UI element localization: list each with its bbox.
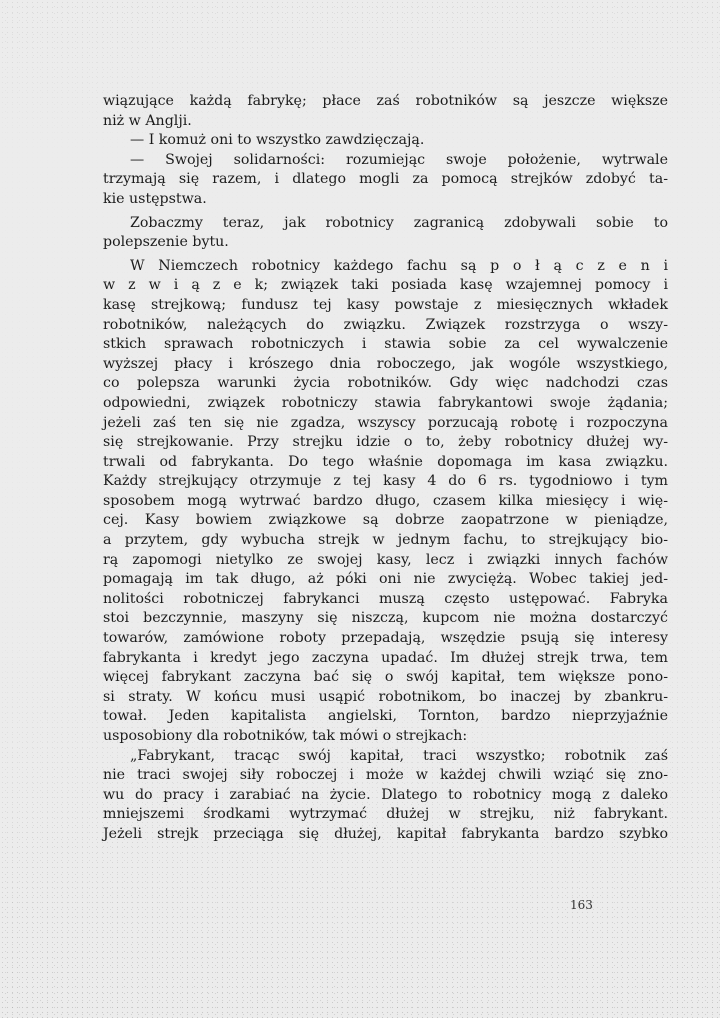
text-line: mniejszemi środkami wytrzymać dłużej w s… — [103, 805, 668, 825]
text-line: wiązujące każdą fabrykę; płace zaś robot… — [103, 92, 668, 112]
text-line: więcej fabrykant zaczyna bać się o swój … — [103, 668, 668, 688]
text-line: Każdy strejkujący otrzymuje z tej kasy 4… — [103, 472, 668, 492]
text-line: co polepsza warunki życia robotników. Gd… — [103, 374, 668, 394]
text-line: stkich sprawach robotniczych i stawia so… — [103, 335, 668, 355]
text-line: nie traci swojej siły roboczej i może w … — [103, 766, 668, 786]
text-line: kie ustępstwa. — [103, 190, 668, 210]
text-line: nolitości robotniczej fabrykanci muszą c… — [103, 590, 668, 610]
text-line: rą zapomogi nietylko ze swojej kasy, lec… — [103, 551, 668, 571]
text-line: odpowiedni, związek robotniczy stawia fa… — [103, 394, 668, 414]
text-line: stoi bezczynnie, maszyny się niszczą, ku… — [103, 609, 668, 629]
text-line: si straty. W końcu musi usąpić robotniko… — [103, 688, 668, 708]
text-line: „Fabrykant, tracąc swój kapitał, traci w… — [103, 747, 668, 767]
text-line: sposobem mogą wytrwać bardzo długo, czas… — [103, 492, 668, 512]
text-line: trzymają się razem, i dlatego mogli za p… — [103, 170, 668, 190]
text-line: W Niemczech robotnicy każdego fachu są p… — [103, 257, 668, 277]
text-line: usposobiony dla robotników, tak mówi o s… — [103, 727, 668, 747]
text-line: Jeżeli strejk przeciąga się dłużej, kapi… — [103, 825, 668, 845]
text-line: towarów, zamówione roboty przepadają, ws… — [103, 629, 668, 649]
text-line: — I komuż oni to wszystko zawdzięczają. — [103, 131, 668, 151]
text-line: jeżeli zaś ten się nie zgadza, wszyscy p… — [103, 414, 668, 434]
text-line: polepszenie bytu. — [103, 233, 668, 253]
text-line: robotników, należących do związku. Związ… — [103, 316, 668, 336]
text-line: Zobaczmy teraz, jak robotnicy zagranicą … — [103, 214, 668, 234]
text-line: niż w Anglji. — [103, 112, 668, 132]
text-line: w z w i ą z e k; związek taki posiada ka… — [103, 276, 668, 296]
text-line: trwali od fabrykanta. Do tego właśnie do… — [103, 453, 668, 473]
text-line: tował. Jeden kapitalista angielski, Torn… — [103, 707, 668, 727]
text-line: wyższej płacy i krószego dnia roboczego,… — [103, 355, 668, 375]
text-line: cej. Kasy bowiem związkowe są dobrze zao… — [103, 511, 668, 531]
text-line: fabrykanta i kredyt jego zaczyna upadać.… — [103, 649, 668, 669]
page-number: 163 — [570, 898, 593, 912]
text-line: się strejkowanie. Przy strejku idzie o t… — [103, 433, 668, 453]
text-line: — Swojej solidarności: rozumiejąc swoje … — [103, 151, 668, 171]
page-body-text: wiązujące każdą fabrykę; płace zaś robot… — [103, 92, 668, 845]
text-line: pomagają im tak długo, aż póki oni nie z… — [103, 570, 668, 590]
text-line: wu do pracy i zarabiać na życie. Dlatego… — [103, 786, 668, 806]
text-line: a przytem, gdy wybucha strejk w jednym f… — [103, 531, 668, 551]
text-line: kasę strejkową; fundusz tej kasy powstaj… — [103, 296, 668, 316]
